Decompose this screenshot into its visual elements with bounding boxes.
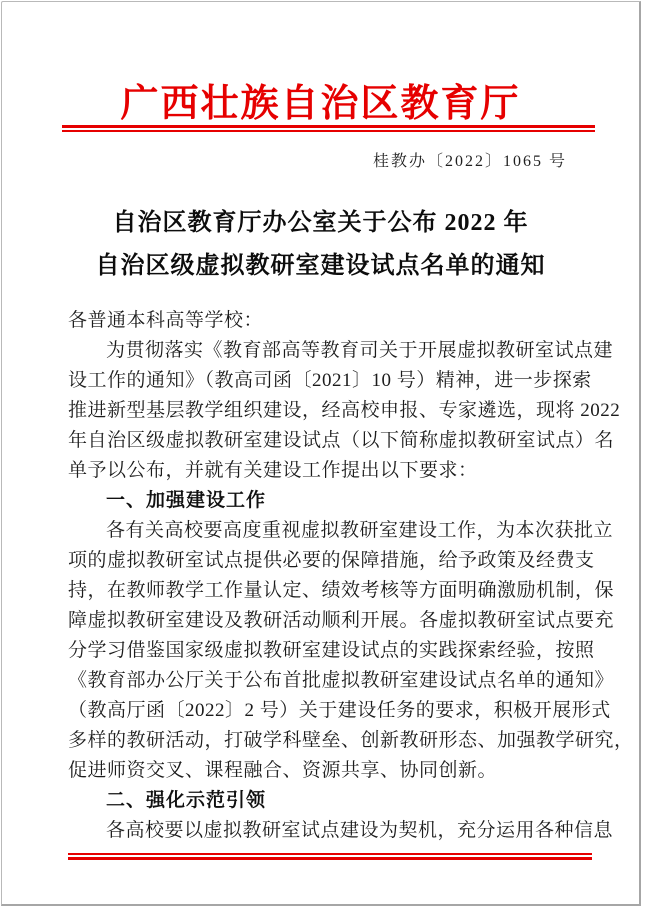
- salutation: 各普通本科高等学校：: [68, 306, 594, 336]
- body-line: 单予以公布，并就有关建设工作提出以下要求：: [68, 456, 594, 486]
- body-line: 持，在教师教学工作量认定、绩效考核等方面明确激励机制，保: [68, 576, 594, 606]
- body-line: 推进新型基层教学组织建设，经高校申报、专家遴选，现将 2022: [68, 396, 594, 426]
- body-line: 障虚拟教研室建设及教研活动顺利开展。各虚拟教研室试点要充: [68, 606, 594, 636]
- section-heading-1: 一、加强建设工作: [68, 486, 594, 516]
- document-title-line-1: 自治区教育厅办公室关于公布 2022 年: [2, 202, 639, 245]
- document-body: 各普通本科高等学校： 为贯彻落实《教育部高等教育司关于开展虚拟教研室试点建 设工…: [68, 306, 594, 846]
- footer-red-rule: [68, 853, 592, 860]
- body-line: 为贯彻落实《教育部高等教育司关于开展虚拟教研室试点建: [68, 336, 594, 366]
- document-number: 桂教办〔2022〕1065 号: [373, 148, 567, 171]
- body-line: 分学习借鉴国家级虚拟教研室建设试点的实践探索经验，按照: [68, 636, 594, 666]
- body-line: 年自治区级虚拟教研室建设试点（以下简称虚拟教研室试点）名: [68, 426, 594, 456]
- document-page: 广西壮族自治区教育厅 桂教办〔2022〕1065 号 自治区教育厅办公室关于公布…: [0, 0, 647, 910]
- body-line: （教高厅函〔2022〕2 号）关于建设任务的要求，积极开展形式: [68, 696, 594, 726]
- section-heading-2: 二、强化示范引领: [68, 786, 594, 816]
- body-line: 各高校要以虚拟教研室试点建设为契机，充分运用各种信息: [68, 816, 594, 846]
- body-line: 项的虚拟教研室试点提供必要的保障措施，给予政策及经费支: [68, 546, 594, 576]
- body-line: 多样的教研活动，打破学科壁垒、创新教研形态、加强教学研究，: [68, 726, 594, 756]
- body-line: 《教育部办公厅关于公布首批虚拟教研室建设试点名单的通知》: [68, 666, 594, 696]
- body-line: 促进师资交叉、课程融合、资源共享、协同创新。: [68, 756, 594, 786]
- paper-sheet: 广西壮族自治区教育厅 桂教办〔2022〕1065 号 自治区教育厅办公室关于公布…: [1, 1, 641, 906]
- issuing-org-title: 广西壮族自治区教育厅: [2, 72, 639, 127]
- document-title-line-2: 自治区级虚拟教研室建设试点名单的通知: [2, 245, 639, 288]
- body-line: 设工作的通知》（教高司函〔2021〕10 号）精神，进一步探索: [68, 366, 594, 396]
- header-red-rule: [62, 125, 595, 132]
- document-title: 自治区教育厅办公室关于公布 2022 年 自治区级虚拟教研室建设试点名单的通知: [2, 202, 639, 288]
- body-line: 各有关高校要高度重视虚拟教研室建设工作，为本次获批立: [68, 516, 594, 546]
